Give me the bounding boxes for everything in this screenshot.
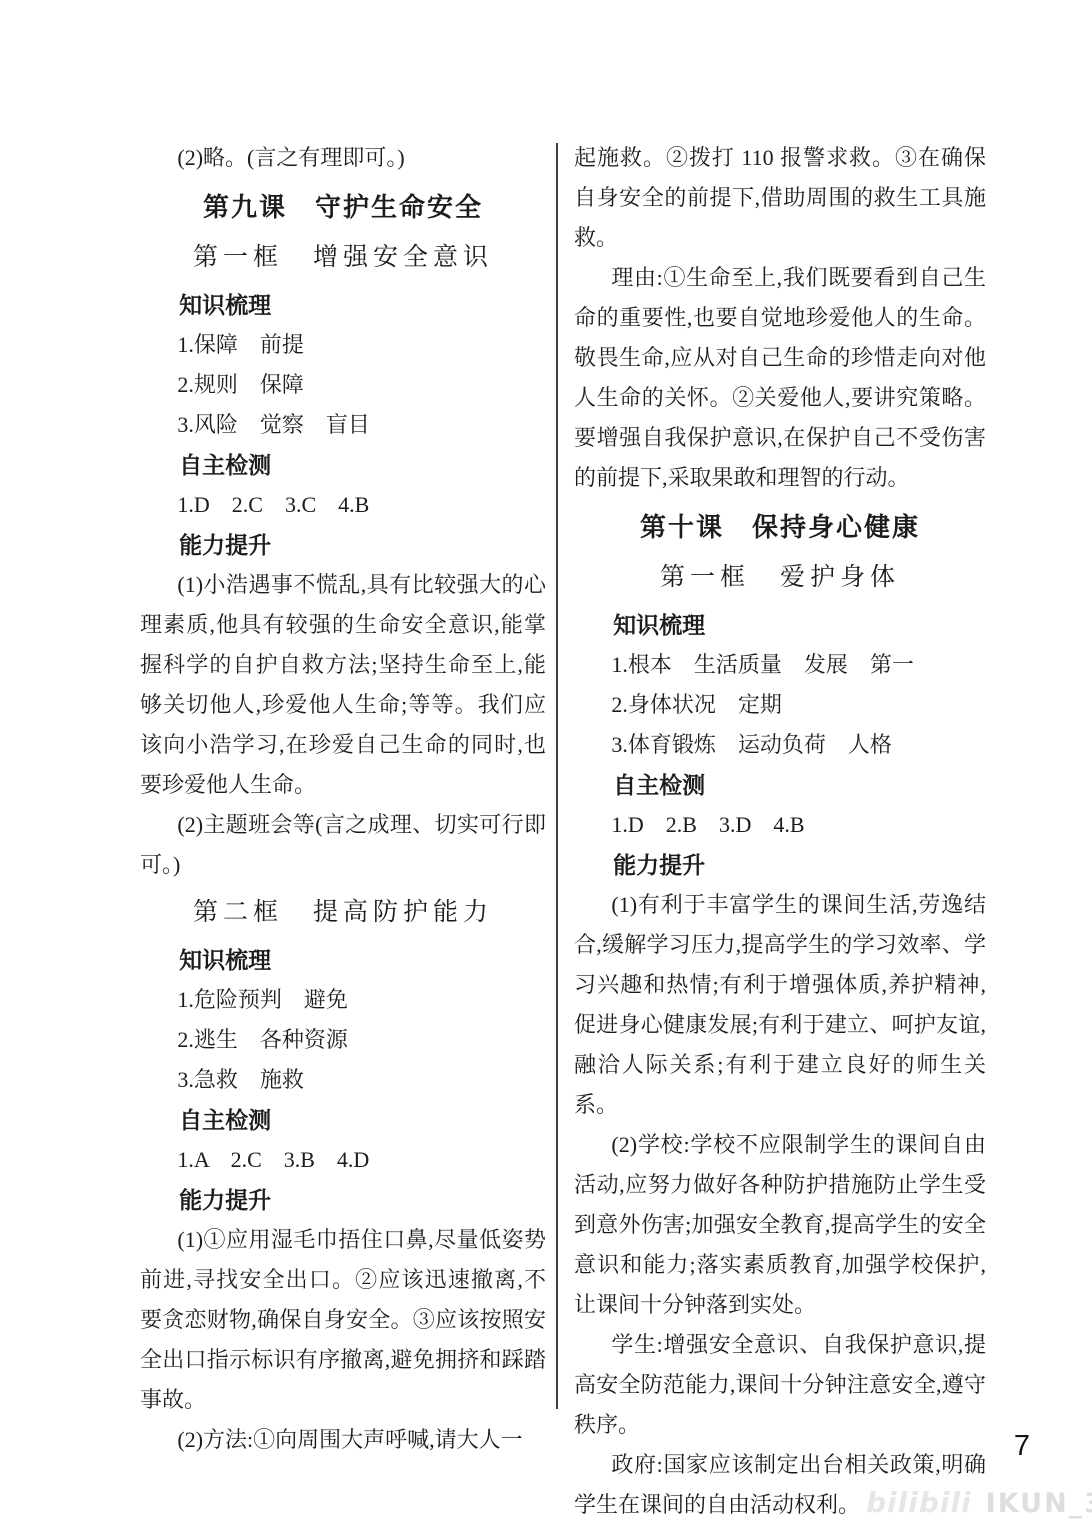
bilibili-logo-icon: bilibili [866, 1486, 972, 1519]
answer-paragraph: (1)有利于丰富学生的课间生活,劳逸结合,缓解学习压力,提高学生的学习效率、学习… [574, 885, 986, 1125]
blank-answers-line: 2.规则 保障 [140, 365, 546, 405]
section-subhead: 能力提升 [574, 845, 986, 885]
choice-answers-line: 1.D 2.B 3.D 4.B [574, 805, 986, 845]
answer-paragraph: 起施救。②拨打 110 报警求救。③在确保自身安全的前提下,借助周围的救生工具施… [574, 138, 986, 258]
answer-paragraph: (1)小浩遇事不慌乱,具有比较强大的心理素质,他具有较强的生命安全意识,能掌握科… [140, 565, 546, 805]
answer-paragraph: (2)主题班会等(言之成理、切实可行即可。) [140, 805, 546, 885]
section-subhead: 自主检测 [574, 765, 986, 805]
section-subhead: 自主检测 [140, 445, 546, 485]
lesson-heading: 第九课 守护生命安全 [140, 186, 546, 230]
frame-heading: 第二框 提高防护能力 [140, 891, 546, 935]
blank-answers-line: 3.体育锻炼 运动负荷 人格 [574, 725, 986, 765]
answer-paragraph: (2)方法:①向周围大声呼喊,请大人一 [140, 1420, 546, 1460]
section-subhead: 知识梳理 [140, 940, 546, 980]
right-column: 起施救。②拨打 110 报警求救。③在确保自身安全的前提下,借助周围的救生工具施… [574, 138, 986, 1525]
answer-paragraph: (2)学校:学校不应限制学生的课间自由活动,应努力做好各种防护措施防止学生受到意… [574, 1125, 986, 1325]
frame-heading: 第一框 爱护身体 [574, 556, 986, 600]
section-subhead: 能力提升 [140, 525, 546, 565]
blank-answers-line: 3.风险 觉察 盲目 [140, 405, 546, 445]
answer-paragraph: (1)①应用湿毛巾捂住口鼻,尽量低姿势前进,寻找安全出口。②应该迅速撤离,不要贪… [140, 1220, 546, 1420]
choice-answers-line: 1.A 2.C 3.B 4.D [140, 1140, 546, 1180]
answer-paragraph: (2)略。(言之有理即可。) [140, 138, 546, 178]
blank-answers-line: 1.危险预判 避免 [140, 980, 546, 1020]
watermark-id: IKUN_3058 [986, 1488, 1092, 1519]
section-subhead: 知识梳理 [574, 605, 986, 645]
section-subhead: 能力提升 [140, 1180, 546, 1220]
blank-answers-line: 1.保障 前提 [140, 325, 546, 365]
section-subhead: 自主检测 [140, 1100, 546, 1140]
page-number: 7 [1002, 1430, 1042, 1463]
textbook-answer-page: (2)略。(言之有理即可。)第九课 守护生命安全第一框 增强安全意识知识梳理1.… [0, 0, 1092, 1535]
choice-answers-line: 1.D 2.C 3.C 4.B [140, 485, 546, 525]
lesson-heading: 第十课 保持身心健康 [574, 506, 986, 550]
column-divider [556, 143, 558, 1409]
frame-heading: 第一框 增强安全意识 [140, 236, 546, 280]
blank-answers-line: 3.急救 施救 [140, 1060, 546, 1100]
blank-answers-line: 1.根本 生活质量 发展 第一 [574, 645, 986, 685]
left-column: (2)略。(言之有理即可。)第九课 守护生命安全第一框 增强安全意识知识梳理1.… [140, 138, 546, 1460]
blank-answers-line: 2.身体状况 定期 [574, 685, 986, 725]
answer-paragraph: 理由:①生命至上,我们既要看到自己生命的重要性,也要自觉地珍爱他人的生命。敬畏生… [574, 258, 986, 498]
answer-paragraph: 学生:增强安全意识、自我保护意识,提高安全防范能力,课间十分钟注意安全,遵守秩序… [574, 1325, 986, 1445]
blank-answers-line: 2.逃生 各种资源 [140, 1020, 546, 1060]
watermark: bilibili IKUN_3058 [866, 1486, 1092, 1519]
section-subhead: 知识梳理 [140, 285, 546, 325]
